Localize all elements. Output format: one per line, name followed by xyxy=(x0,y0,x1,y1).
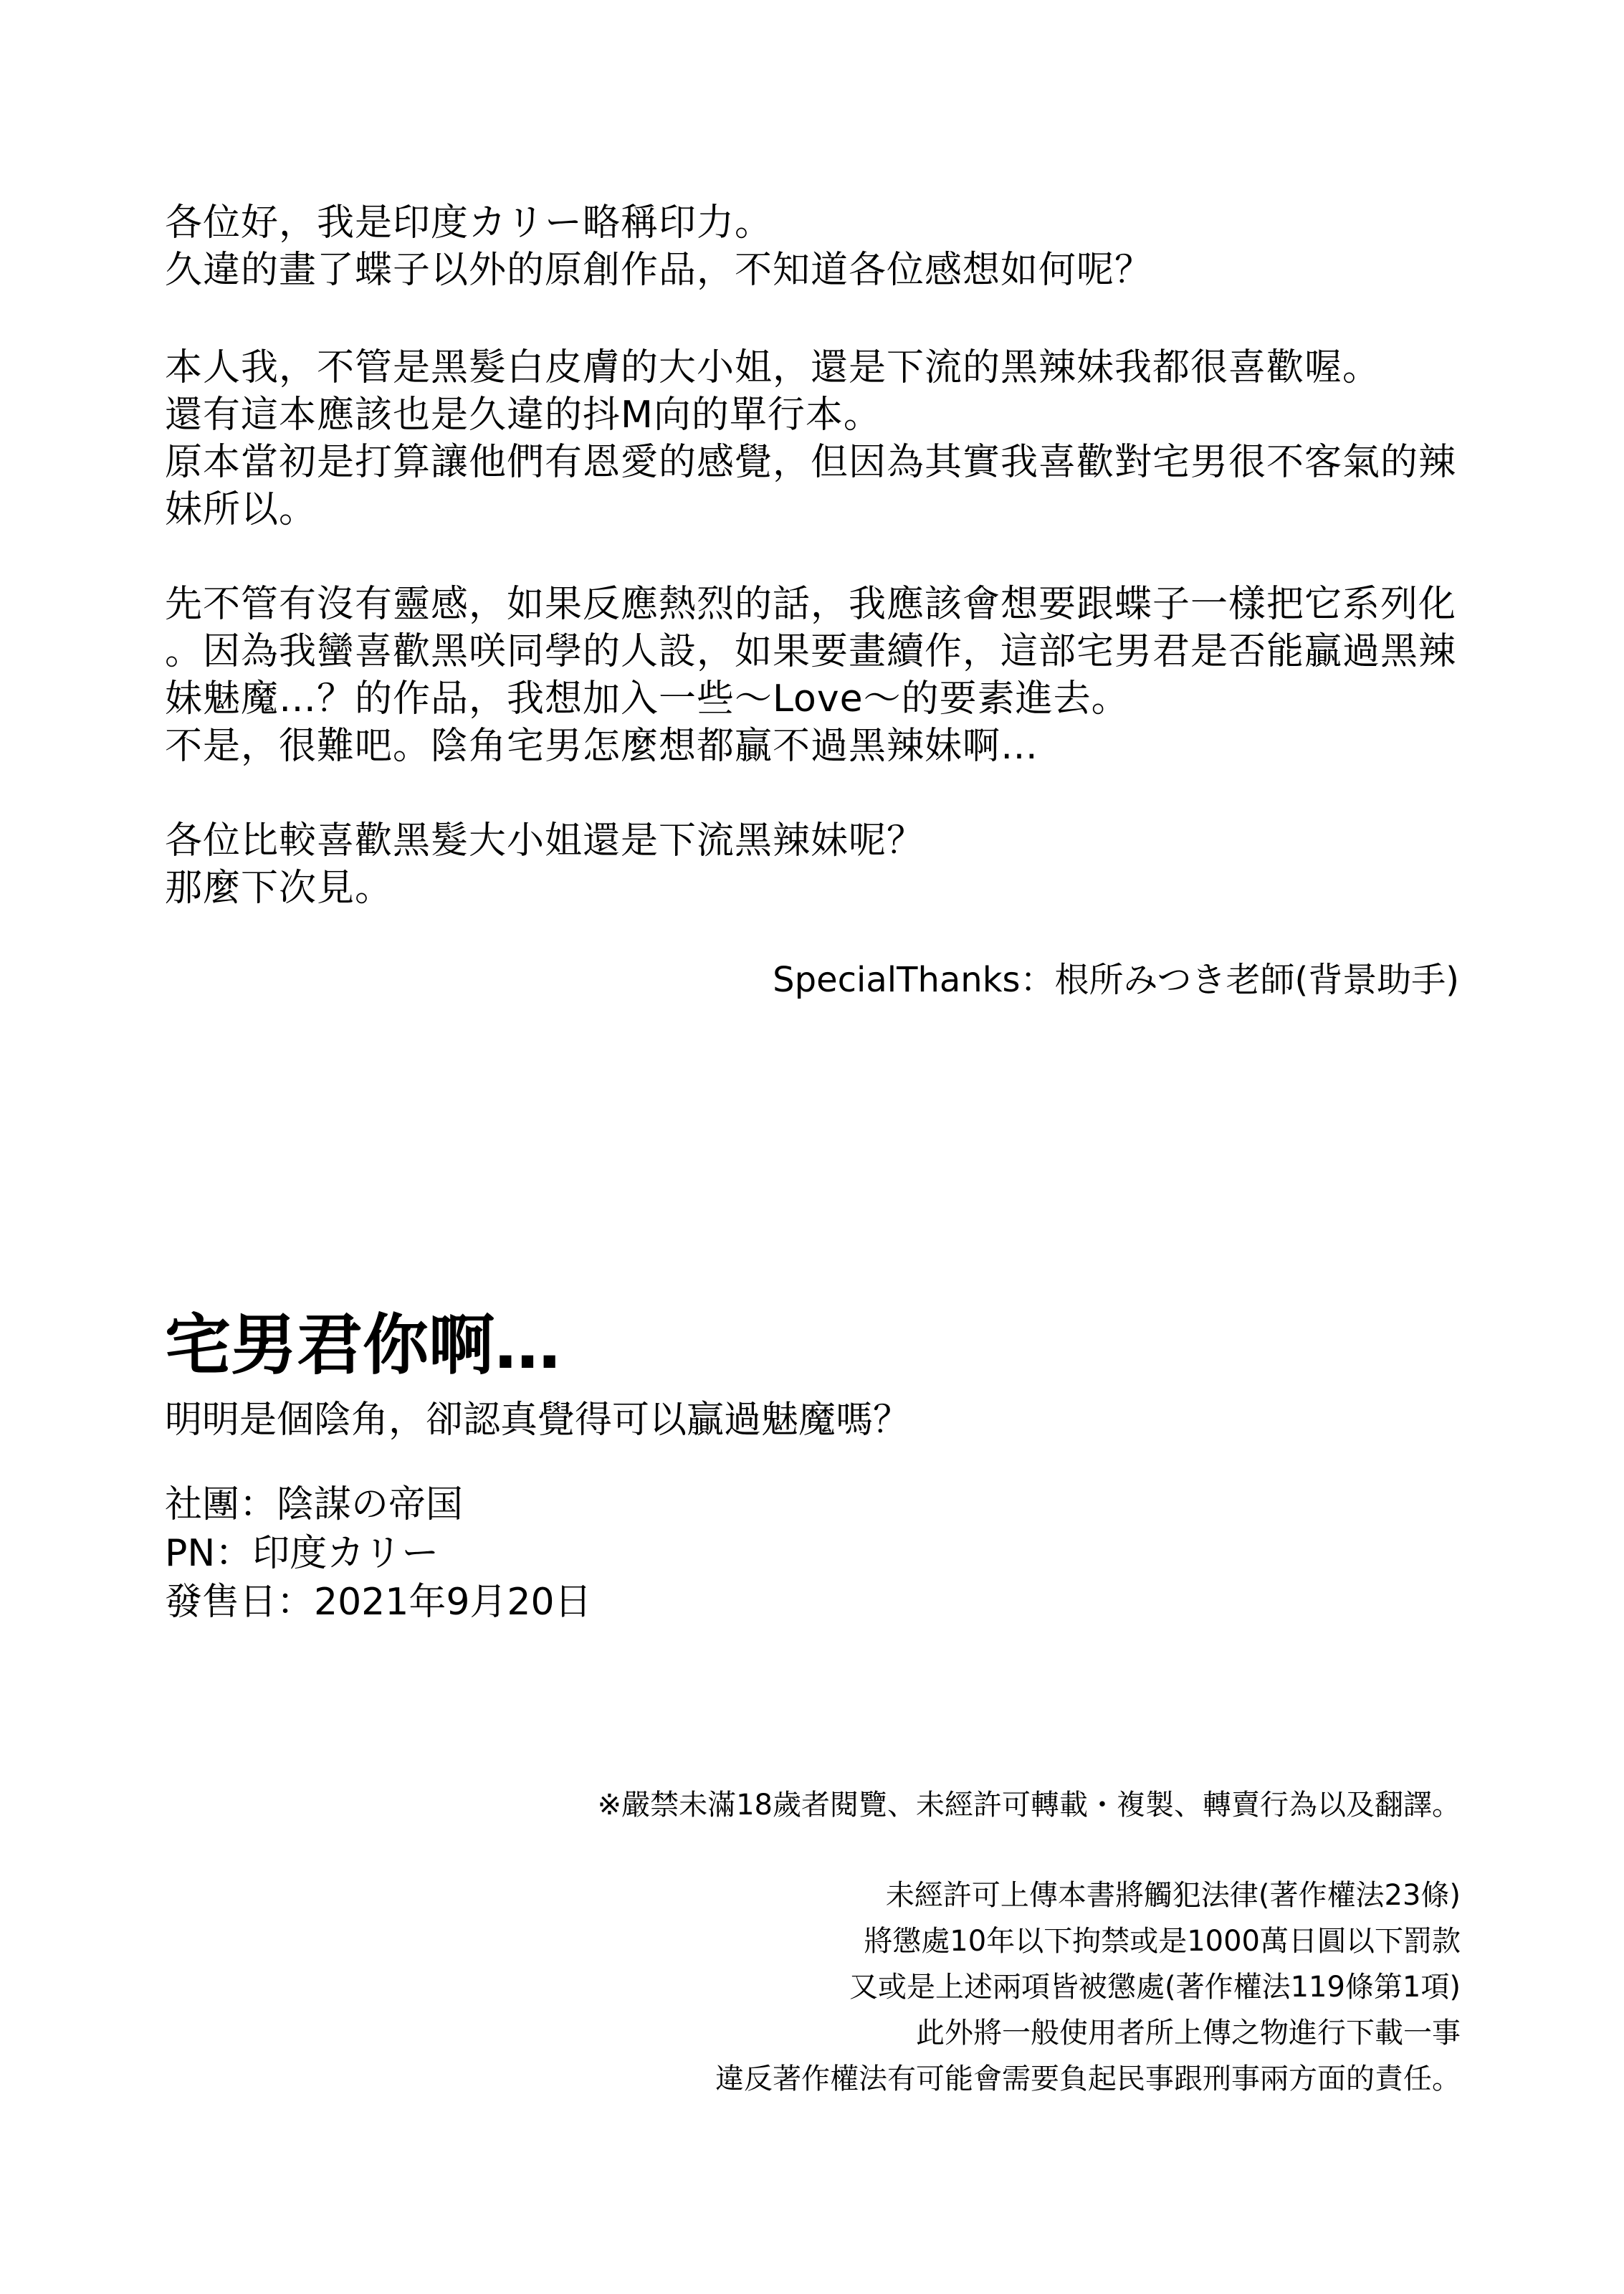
afterword-line: 還有這本應該也是久違的抖M向的單行本。 xyxy=(165,391,882,439)
afterword-line: 。因為我蠻喜歡黑咲同學的人設，如果要畫續作，這部宅男君是否能贏過黑辣 xyxy=(165,628,1456,675)
afterword-line: 妹魅魔…？的作品，我想加入一些～Love～的要素進去。 xyxy=(165,675,1129,723)
pen-name: PN：印度カリー xyxy=(165,1530,439,1577)
afterword-line: 久違的畫了蝶子以外的原創作品，不知道各位感想如何呢？ xyxy=(165,247,1152,294)
afterword-line: 不是，很難吧。陰角宅男怎麼想都贏不過黑辣妹啊… xyxy=(165,723,1038,770)
age-warning: ※嚴禁未滿18歲者閱覽、未經許可轉載・複製、轉賣行為以及翻譯。 xyxy=(598,1782,1461,1828)
release-date: 發售日：2021年9月20日 xyxy=(165,1579,592,1626)
copyright-line: 此外將一般使用者所上傳之物進行下載一事 xyxy=(916,2010,1461,2056)
special-thanks: SpecialThanks：根所みつき老師(背景助手) xyxy=(773,956,1459,1004)
copyright-line: 又或是上述兩項皆被懲處(著作權法119條第1項) xyxy=(849,1964,1461,2010)
afterword-line: 各位比較喜歡黑髮大小姐還是下流黑辣妹呢？ xyxy=(165,817,925,865)
afterword-line: 妹所以。 xyxy=(165,486,317,533)
copyright-line: 違反著作權法有可能會需要負起民事跟刑事兩方面的責任。 xyxy=(715,2056,1461,2102)
book-subtitle: 明明是個陰角，卻認真覺得可以贏過魅魔嗎？ xyxy=(165,1396,910,1444)
afterword-line: 各位好，我是印度カリー略稱印力。 xyxy=(165,199,773,247)
afterword-line: 本人我，不管是黑髮白皮膚的大小姐，還是下流的黑辣妹我都很喜歡喔。 xyxy=(165,344,1380,391)
book-title: 宅男君你啊… xyxy=(165,1306,560,1385)
afterword-line: 先不管有沒有靈感，如果反應熱烈的話，我應該會想要跟蝶子一樣把它系列化 xyxy=(165,581,1456,628)
afterword-line: 那麼下次見。 xyxy=(165,865,393,912)
afterword-line: 原本當初是打算讓他們有恩愛的感覺，但因為其實我喜歡對宅男很不客氣的辣 xyxy=(165,439,1456,486)
copyright-line: 未經許可上傳本書將觸犯法律(著作權法23條) xyxy=(886,1872,1461,1918)
circle-name: 社團：陰謀の帝国 xyxy=(165,1481,463,1528)
copyright-line: 將懲處10年以下拘禁或是1000萬日圓以下罰款 xyxy=(864,1918,1461,1964)
